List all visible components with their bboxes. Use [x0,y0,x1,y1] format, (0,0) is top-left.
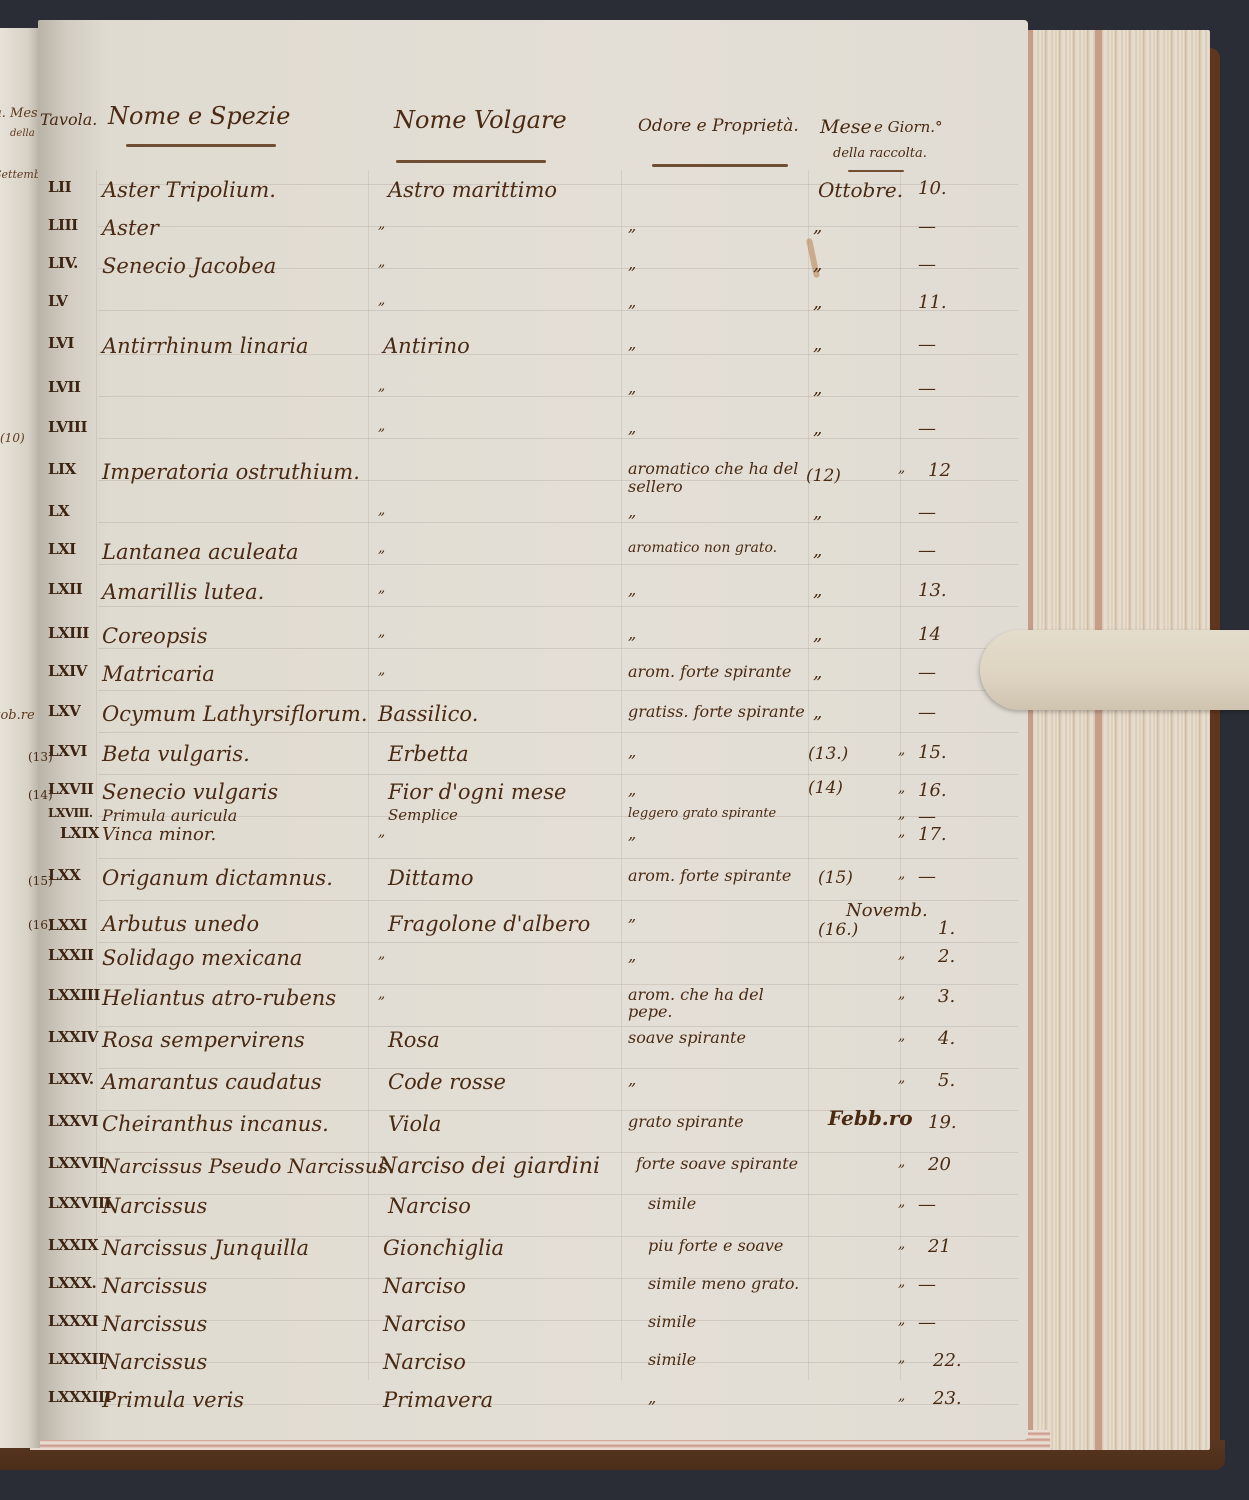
left-page-month-note2: ttob.re [0,708,35,723]
header-mese: Mese [820,116,872,138]
nome-volgare: „ [378,540,385,556]
mese: „ [898,1236,905,1252]
table-row: (15) LXX Origanum dictamnus. Dittamo aro… [38,866,1028,900]
table-row: (16) LXXI Arbutus unedo Fragolone d'albe… [38,906,1028,950]
tavola-number: LVI [48,334,74,352]
nome-spezie: Amarillis lutea. [102,580,264,604]
tavola-number: LXXXI [48,1312,98,1330]
mese: Ottobre. [818,178,903,202]
nome-spezie: Beta vulgaris. [102,742,250,766]
nome-spezie: Senecio Jacobea [102,254,276,278]
odore: „ [628,742,636,761]
tavola-number: LXVI [48,742,87,760]
table-row: LVI Antirrhinum linaria Antirino „ „ — [38,334,1028,368]
table-row: LXXIX Narcissus Junquilla Gionchiglia pi… [38,1236,1028,1270]
tavola-number: LXVIII. [48,806,93,820]
tavola-number: LII [48,178,71,196]
tavola-number: LXXX. [48,1274,96,1292]
odore: gratiss. forte spirante [628,702,805,721]
mese: „ [813,334,822,355]
giorno: — [918,1194,936,1215]
nome-volgare: „ [378,216,385,232]
table-row: LXIII Coreopsis „ „ „ 14 [38,624,1028,658]
odore: simile [648,1350,696,1369]
mese: „ [813,580,822,601]
giorno: 22. [933,1350,962,1371]
mese: „ [898,1070,905,1086]
page-edges-stack [1020,30,1210,1450]
nome-spezie: Arbutus unedo [102,912,259,936]
tavola-number: LXIX [60,824,99,842]
mese: „ [813,502,822,523]
odore: simile [648,1312,696,1331]
tavola-number: LXI [48,540,76,558]
nome-volgare: „ [378,986,385,1002]
left-page-header-fragment: à. Mese e [0,106,40,121]
nome-spezie: Matricaria [102,662,215,686]
nome-volgare: „ [378,378,385,394]
giorno: 15. [918,742,947,763]
table-row: LXXIV Rosa sempervirens Rosa soave spira… [38,1028,1028,1062]
odore: „ [628,946,636,965]
odore: „ [628,334,636,353]
nome-spezie: Aster Tripolium. [102,178,276,202]
tavola-number: LXXXII [48,1350,105,1368]
nome-volgare: Dittamo [388,866,474,890]
tavola-number: LV [48,292,67,310]
nome-volgare: Viola [388,1112,441,1136]
odore: „ [628,292,636,311]
table-row: LVII „ „ „ — [38,378,1028,412]
table-row: LXXX. Narcissus Narciso simile meno grat… [38,1274,1028,1308]
giorno: — [918,866,936,887]
odore: leggero grato spirante [628,806,776,821]
footnote-ref: (15) [818,868,853,888]
footnote-ref: (14) [808,778,843,798]
mese: „ [898,866,905,882]
mese: „ [813,702,822,723]
odore: „ [628,502,636,521]
nome-volgare: Semplice [388,806,458,824]
mese: „ [813,662,822,683]
tavola-number: LXXIX [48,1236,98,1254]
table-row: LVIII „ „ „ — [38,418,1028,452]
table-row: LV „ „ „ 11. [38,292,1028,326]
nome-volgare: Narciso [383,1350,466,1374]
odore: „ [628,580,636,599]
giorno: 11. [918,292,947,313]
nome-spezie: Narcissus [102,1274,207,1298]
nome-spezie: Vinca minor. [102,824,216,845]
odore: simile meno grato. [648,1274,799,1293]
mese: „ [898,742,905,758]
tavola-number: LXX [48,866,80,884]
nome-volgare: „ [378,580,385,596]
giorno: 21 [928,1236,951,1257]
nome-spezie: Ocymum Lathyrsiflorum. [102,702,368,726]
table-row: LIV. Senecio Jacobea „ „ „ — [38,254,1028,288]
giorno: 3. [938,986,955,1007]
table-row: LXI Lantanea aculeata „ aromatico non gr… [38,540,1028,582]
giorno: — [918,662,936,683]
footnote-ref: (12) [806,466,841,486]
header-nome-volgare: Nome Volgare [394,106,567,134]
table-row: LXXVII Narcissus Pseudo Narcissus. Narci… [38,1154,1028,1188]
left-page-header-fragment2: della r [10,128,40,139]
mese: „ [898,780,905,796]
giorno: 16. [918,780,947,801]
table-row: LXXXIII Primula veris Primavera „ „ 23. [38,1388,1028,1422]
mese: Novemb. [846,900,928,921]
tavola-number: LXXII [48,946,93,964]
mese: „ [898,460,905,476]
nome-spezie: Amarantus caudatus [102,1070,322,1094]
giorno: 20 [928,1154,951,1175]
nome-volgare: Antirino [383,334,470,358]
table-row: LXII Amarillis lutea. „ „ „ 13. [38,580,1028,614]
odore: „ [628,378,636,397]
header-underline [652,164,788,167]
tavola-number: LXXVII [48,1154,105,1172]
giorno: 4. [938,1028,955,1049]
nome-spezie: Narcissus [102,1194,207,1218]
odore: „ [648,1388,656,1407]
mese: „ [813,624,822,645]
nome-volgare: „ [378,662,385,678]
table-row: LXXXII Narcissus Narciso simile „ 22. [38,1350,1028,1384]
table-row: LIII Aster „ „ „ — [38,216,1028,250]
nome-volgare: Narciso dei giardini [378,1154,600,1179]
nome-spezie: Narcissus [102,1312,207,1336]
giorno: 13. [918,580,947,601]
odore: „ [628,906,636,925]
giorno: — [918,216,936,237]
nome-spezie: Narcissus [102,1350,207,1374]
tavola-number: LXXI [48,916,87,934]
nome-spezie: Coreopsis [102,624,208,648]
mese: „ [898,824,905,840]
nome-spezie: Primula veris [102,1388,244,1412]
giorno: — [918,1274,936,1295]
nome-spezie: Imperatoria ostruthium. [102,460,360,484]
odore: simile [648,1194,696,1213]
giorno: 14 [918,624,941,645]
mese: „ [898,1154,905,1170]
tavola-number: LIX [48,460,76,478]
odore: „ [628,780,636,799]
nome-volgare: „ [378,824,385,840]
mese: „ [898,1274,905,1290]
giorno: 12 [928,460,951,481]
nome-volgare: Narciso [383,1274,466,1298]
bone-folder-bookmark [980,630,1249,710]
giorno: 23. [933,1388,962,1409]
tavola-number: LXXV. [48,1070,94,1088]
odore: „ [628,418,636,437]
nome-volgare: Astro marittimo [388,178,557,202]
odore: „ [628,824,636,843]
nome-volgare: Fragolone d'albero [388,912,590,936]
nome-volgare: „ [378,946,385,962]
mese: Febb.ro [828,1106,913,1130]
tavola-number: LVIII [48,418,87,436]
table-row: LXIV Matricaria „ arom. forte spirante „… [38,662,1028,696]
table-row: (13) LXVI Beta vulgaris. Erbetta „ (13.)… [38,742,1028,776]
odore: forte soave spirante [636,1154,798,1173]
nome-volgare: Gionchiglia [383,1236,504,1260]
left-page-month-note: Settemb. [0,168,40,181]
header-nome-spezie: Nome e Spezie [108,102,290,130]
giorno: 10. [918,178,947,199]
table-row: LXXVI Cheiranthus incanus. Viola grato s… [38,1112,1028,1146]
giorno: 5. [938,1070,955,1091]
nome-spezie: Origanum dictamnus. [102,866,333,890]
nome-spezie: Senecio vulgaris [102,780,278,804]
table-row: LII Aster Tripolium. Astro marittimo Ott… [38,178,1028,212]
tavola-number: LIII [48,216,78,234]
tavola-number: LXV [48,702,80,720]
nome-spezie: Solidago mexicana [102,946,302,970]
header-odore-proprieta: Odore e Proprietà. [638,116,799,136]
tavola-number: LXVII [48,780,93,798]
giorno: — [918,254,936,275]
left-page-ref-note: (10) [0,431,25,445]
table-row: LIX Imperatoria ostruthium. aromatico ch… [38,460,1028,506]
footnote-ref: (13.) [808,744,848,764]
nome-volgare: Erbetta [388,742,469,766]
table-row: LXXXI Narcissus Narciso simile „ — [38,1312,1028,1346]
table-row: LXXVIII Narcissus Narciso simile „ — [38,1194,1028,1228]
odore: „ [628,254,636,273]
mese: „ [898,1350,905,1366]
odore: „ [628,624,636,643]
tavola-number: LXIV [48,662,87,680]
giorno: 19. [928,1112,957,1133]
nome-volgare: Narciso [388,1194,471,1218]
mese: „ [898,806,905,822]
mese: „ [813,418,822,439]
table-row: LXIX Vinca minor. „ „ „ 17. [38,824,1028,858]
nome-spezie: Cheiranthus incanus. [102,1112,329,1136]
mese: „ [813,378,822,399]
giorno: — [918,378,936,399]
header-della-raccolta: della raccolta. [833,146,927,161]
header-underline [126,144,276,147]
nome-volgare: Primavera [383,1388,493,1412]
mese: „ [898,1028,905,1044]
nome-volgare: Rosa [388,1028,440,1052]
nome-spezie: Primula auricula [102,806,237,825]
nome-volgare: Bassilico. [378,702,478,726]
footnote-ref: (16.) [818,920,858,940]
nome-spezie: Lantanea aculeata [102,540,299,564]
nome-volgare: „ [378,624,385,640]
tavola-number: LIV. [48,254,78,272]
nome-spezie: Antirrhinum linaria [102,334,309,358]
odore: grato spirante [628,1112,744,1131]
tavola-number: LXXVI [48,1112,98,1130]
giorno: 2. [938,946,955,967]
tavola-number: LX [48,502,69,520]
odore: „ [628,216,636,235]
nome-volgare: Narciso [383,1312,466,1336]
header-tavola: Tavola. [40,110,97,129]
giorno: 1. [938,918,955,939]
giorno: — [918,540,936,561]
table-row: LXXII Solidago mexicana „ „ „ 2. [38,946,1028,980]
odore: arom. forte spirante [628,866,791,885]
header-giorno: e Giorn.° [874,118,943,136]
giorno: — [918,334,936,355]
mese: „ [898,946,905,962]
header-underline [848,170,904,172]
mese: „ [813,254,822,275]
odore: piu forte e soave [648,1236,783,1255]
tavola-number: LVII [48,378,80,396]
nome-volgare: „ [378,418,385,434]
mese: „ [813,292,822,313]
giorno: — [918,702,936,723]
nome-spezie: Narcissus Junquilla [102,1236,309,1260]
odore: aromatico che ha del sellero [628,460,808,496]
nome-volgare: „ [378,292,385,308]
table-row: LXXIII Heliantus atro-rubens „ arom. che… [38,986,1028,1028]
nome-spezie: Narcissus Pseudo Narcissus. [102,1154,394,1178]
odore: „ [628,1070,636,1089]
odore: soave spirante [628,1028,746,1047]
mese: „ [898,986,905,1002]
giorno: — [918,418,936,439]
nome-spezie: Rosa sempervirens [102,1028,305,1052]
header-underline [396,160,546,163]
nome-spezie: Aster [102,216,159,240]
tavola-number: LXII [48,580,82,598]
manuscript-page: Tavola. Nome e Spezie Nome Volgare Odore… [38,20,1028,1440]
nome-volgare: „ [378,254,385,270]
nome-volgare: Fior d'ogni mese [388,780,566,804]
mese: „ [898,1312,905,1328]
mese: „ [898,1194,905,1210]
table-row: LX „ „ „ — [38,502,1028,536]
nome-volgare: „ [378,502,385,518]
tavola-number: LXXIV [48,1028,98,1046]
left-facing-page: à. Mese e della r Settemb. (10) ttob.re [0,28,40,1448]
table-row: LXV Ocymum Lathyrsiflorum. Bassilico. gr… [38,702,1028,736]
mese: „ [813,216,822,237]
odore: arom. forte spirante [628,662,791,681]
tavola-number: LXXIII [48,986,100,1004]
mese: „ [898,1388,905,1404]
mese: „ [813,540,822,561]
tavola-number: LXIII [48,624,89,642]
odore: arom. che ha del pepe. [628,986,793,1020]
nome-spezie: Heliantus atro-rubens [102,986,336,1010]
page-edge-red-band [1095,30,1102,1450]
giorno: 17. [918,824,947,845]
giorno: — [918,1312,936,1333]
odore: aromatico non grato. [628,540,803,556]
table-row: LXXV. Amarantus caudatus Code rosse „ „ … [38,1070,1028,1104]
nome-volgare: Code rosse [388,1070,506,1094]
giorno: — [918,502,936,523]
